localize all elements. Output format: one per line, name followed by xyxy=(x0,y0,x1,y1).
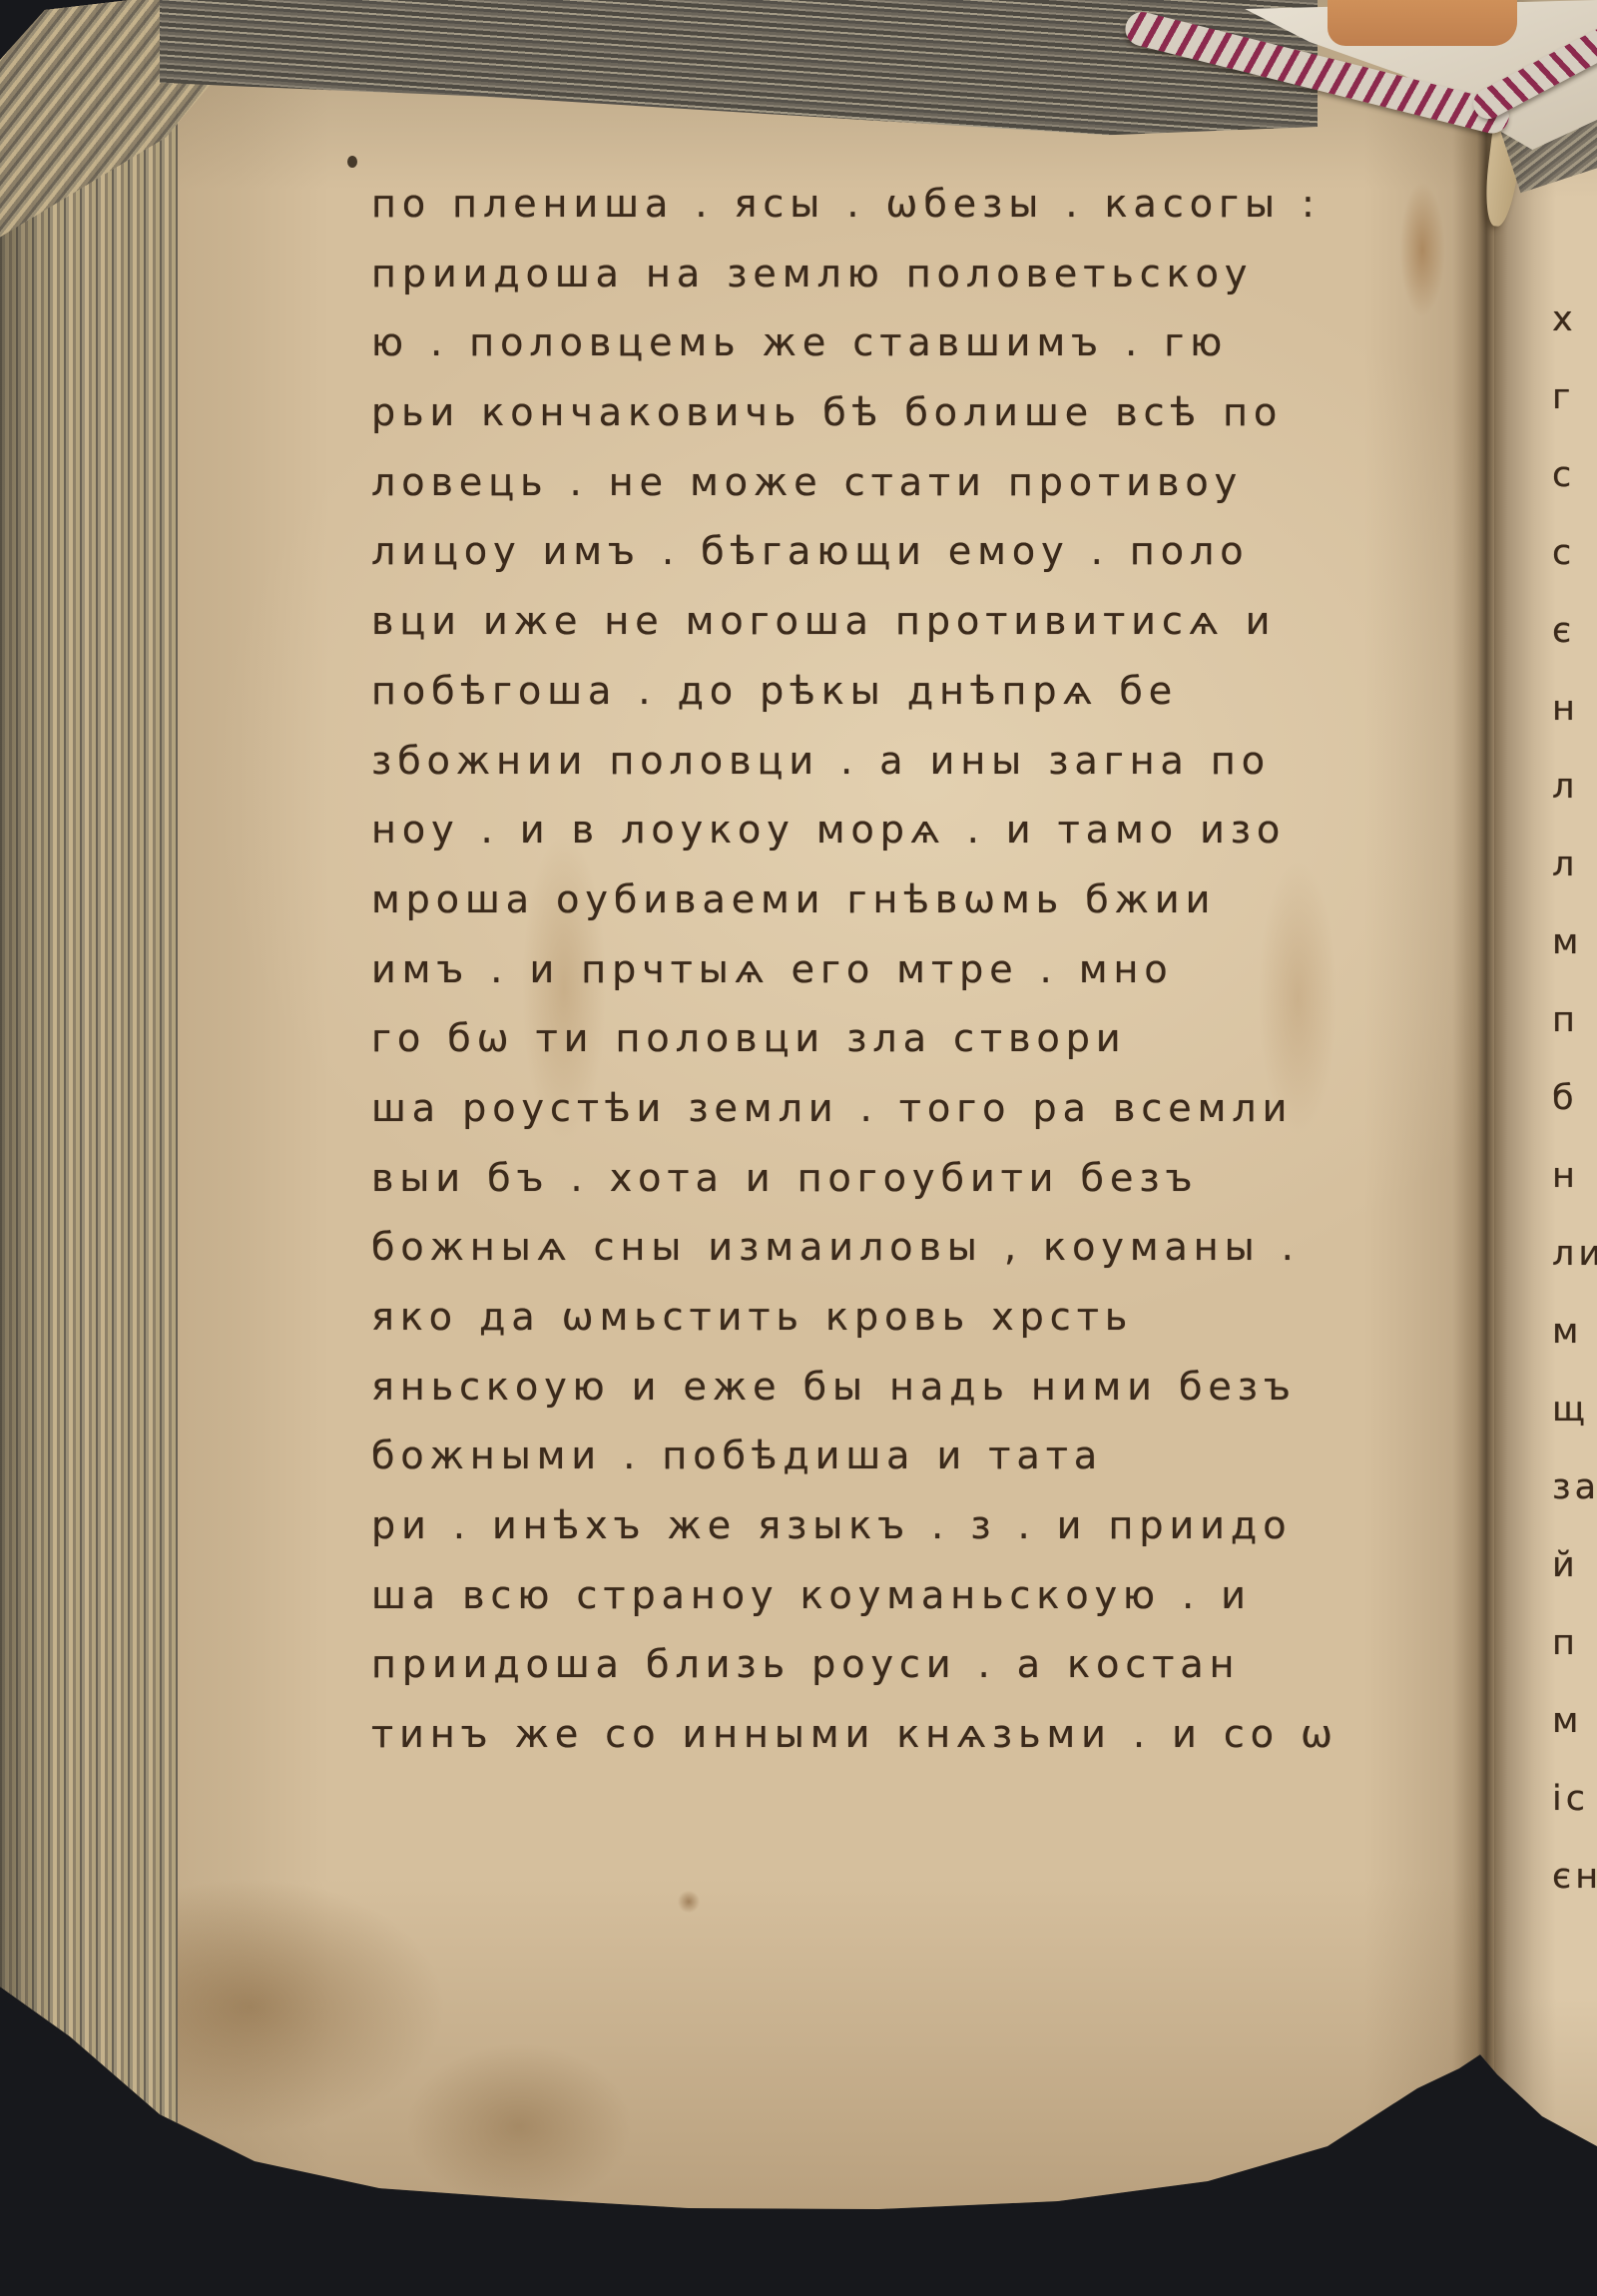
page-stack-edge-left xyxy=(0,0,178,2156)
manuscript-line: приидоша на землю половетьскоу xyxy=(371,240,1459,309)
manuscript-line: ша всю страноу коуманьскоую . и xyxy=(371,1561,1459,1631)
manuscript-line: ю . половцемь же ставшимъ . гю xyxy=(371,308,1459,378)
facing-line-fragment: єн xyxy=(1552,1857,1597,1897)
manuscript-line: ноу . и в лоукоу морѧ . и тамо изо xyxy=(371,796,1459,865)
facing-line-fragment: с xyxy=(1552,533,1575,573)
manuscript-line: яко да ѡмьстить кровь хрсть xyxy=(371,1283,1459,1353)
facing-line-fragment: с xyxy=(1552,455,1575,495)
facing-line-fragment: іс xyxy=(1552,1779,1589,1819)
gutter-fold xyxy=(1452,0,1507,2296)
manuscript-line: яньскоую и еже бы надь ними безъ xyxy=(371,1353,1459,1423)
facing-line-fragment: л xyxy=(1552,767,1578,807)
manuscript-line: ри . инѣхъ же языкъ . з . и приидо xyxy=(371,1491,1459,1561)
manuscript-line: божныѧ сны измаиловы , коуманы . xyxy=(371,1213,1459,1283)
ink-dot xyxy=(347,156,357,168)
manuscript-line: рьи кончаковичь бѣ болише всѣ по xyxy=(371,378,1459,448)
manuscript-line: ша роустѣи земли . того ра всемли xyxy=(371,1074,1459,1144)
facing-line-fragment: м xyxy=(1552,922,1582,962)
manuscript-line: мроша оубиваеми гнѣвѡмь бжии xyxy=(371,865,1459,935)
manuscript-line: вци иже не могоша противитисѧ и xyxy=(371,587,1459,657)
facing-line-fragment: м xyxy=(1552,1312,1582,1352)
facing-line-fragment: ли xyxy=(1552,1234,1597,1274)
facing-line-fragment: г xyxy=(1552,377,1574,417)
facing-line-fragment: п xyxy=(1552,1623,1579,1663)
facing-line-fragment: є xyxy=(1552,611,1575,651)
facing-line-fragment: н xyxy=(1552,1156,1579,1196)
manuscript-line: ловець . не може стати противоу xyxy=(371,448,1459,518)
manuscript-line: по плениша . ясы . ѡбезы . касогы : xyxy=(371,170,1459,240)
facing-line-fragment: щ xyxy=(1552,1390,1589,1430)
manuscript-line: го бѡ ти половци зла створи xyxy=(371,1004,1459,1074)
manuscript-line: лицоу имъ . бѣгающи емоу . поло xyxy=(371,517,1459,587)
manuscript-line: выи бъ . хота и погоубити безъ xyxy=(371,1144,1459,1214)
manuscript-line: тинъ же со инными кнѧзьми . и со ѡ xyxy=(371,1700,1459,1770)
facing-line-fragment: за xyxy=(1552,1467,1597,1507)
manuscript-line: побѣгоша . до рѣкы днѣпрѧ бе xyxy=(371,657,1459,727)
manuscript-text-block: по плениша . ясы . ѡбезы . касогы : прии… xyxy=(371,170,1459,1770)
manuscript-line: збожнии половци . а ины загна по xyxy=(371,727,1459,797)
book-block: по плениша . ясы . ѡбезы . касогы : прии… xyxy=(0,0,1597,2296)
photo-background: { "manuscript": { "lines": [ "по плениша… xyxy=(0,0,1597,2296)
leather-patch xyxy=(1328,0,1517,46)
facing-line-fragment: н xyxy=(1552,689,1579,729)
facing-line-fragment: й xyxy=(1552,1545,1579,1585)
manuscript-page: по плениша . ясы . ѡбезы . касогы : прии… xyxy=(0,0,1494,2296)
facing-line-fragment: х xyxy=(1552,299,1577,339)
facing-line-fragment: б xyxy=(1552,1078,1578,1118)
facing-line-fragment: м xyxy=(1552,1701,1582,1741)
facing-page-sliver: х г с с є н л л м п б н ли м щ за й п м … xyxy=(1494,0,1597,2296)
manuscript-line: имъ . и прчтыѧ его мтре . мно xyxy=(371,935,1459,1005)
manuscript-line: божными . побѣдиша и тата xyxy=(371,1422,1459,1491)
manuscript-photo: по плениша . ясы . ѡбезы . касогы : прии… xyxy=(0,0,1597,2296)
manuscript-line: приидоша близь роуси . а костан xyxy=(371,1630,1459,1700)
facing-line-fragment: л xyxy=(1552,845,1578,884)
facing-line-fragment: п xyxy=(1552,1000,1579,1040)
